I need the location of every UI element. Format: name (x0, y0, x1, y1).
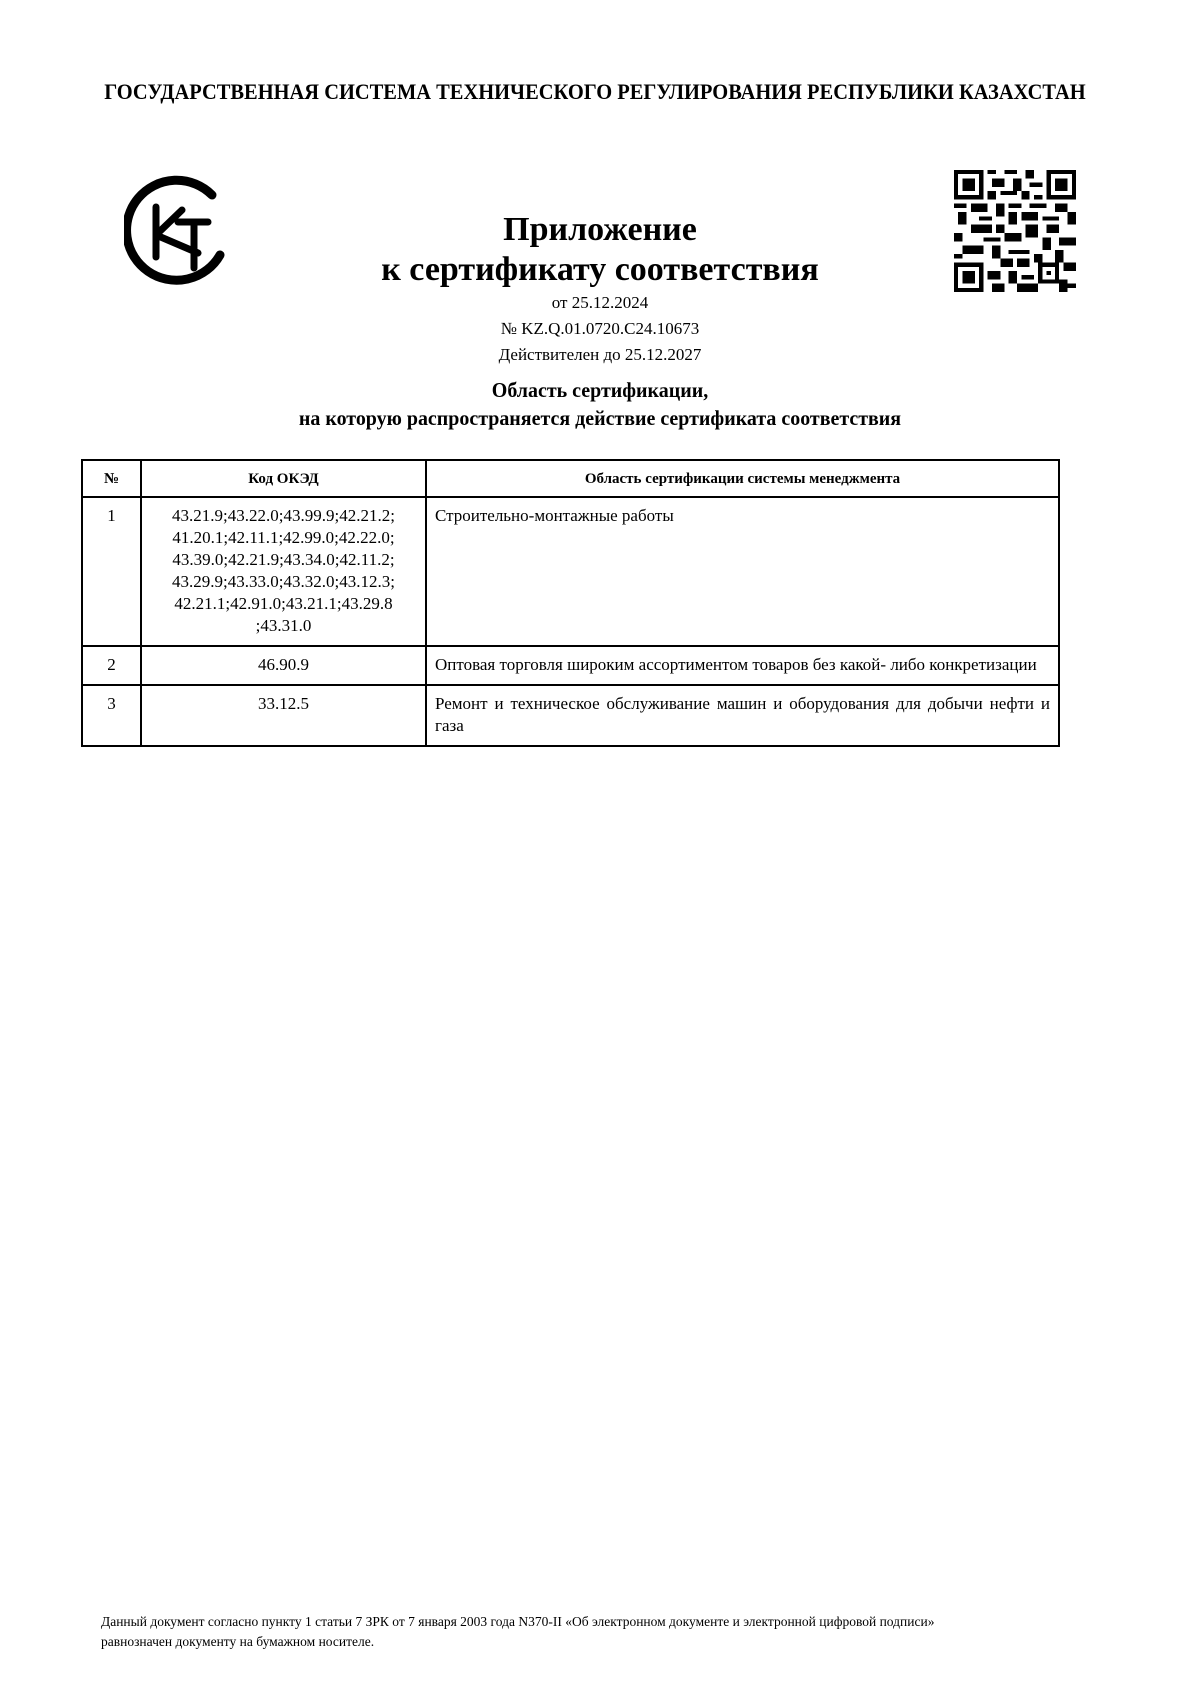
row-codes: 46.90.9 (141, 646, 426, 685)
issue-date: от 25.12.2024 (300, 290, 900, 316)
title-block: Приложение к сертификату соответствия от… (300, 210, 900, 368)
scope-heading-line1: Область сертификации, (173, 376, 1028, 404)
table-row: 2 46.90.9 Оптовая торговля широким ассор… (82, 646, 1059, 685)
row-number: 3 (82, 685, 141, 746)
table-row: 3 33.12.5 Ремонт и техническое обслужива… (82, 685, 1059, 746)
kt-conformity-mark-icon (124, 173, 236, 291)
footer-line1: Данный документ согласно пункту 1 статьи… (101, 1612, 1121, 1632)
document-title: Приложение (300, 210, 900, 250)
code-line: ;43.31.0 (150, 615, 417, 637)
row-area: Строительно-монтажные работы (426, 497, 1059, 646)
code-line: 43.29.9;43.33.0;43.32.0;43.12.3; (150, 571, 417, 593)
document-subtitle: к сертификату соответствия (300, 250, 900, 290)
certification-scope-table: № Код ОКЭД Область сертификации системы … (81, 459, 1060, 747)
valid-until: Действителен до 25.12.2027 (300, 342, 900, 368)
legal-footer: Данный документ согласно пункту 1 статьи… (101, 1612, 1121, 1652)
footer-line2: равнозначен документу на бумажном носите… (101, 1632, 1121, 1652)
organization-header: ГОСУДАРСТВЕННАЯ СИСТЕМА ТЕХНИЧЕСКОГО РЕГ… (97, 78, 1092, 106)
row-area: Оптовая торговля широким ассортиментом т… (426, 646, 1059, 685)
code-line: 42.21.1;42.91.0;43.21.1;43.29.8 (150, 593, 417, 615)
row-area: Ремонт и техническое обслуживание машин … (426, 685, 1059, 746)
code-line: 43.39.0;42.21.9;43.34.0;42.11.2; (150, 549, 417, 571)
code-line: 43.21.9;43.22.0;43.99.9;42.21.2; (150, 505, 417, 527)
header-scope-area: Область сертификации системы менеджмента (426, 460, 1059, 497)
code-line: 41.20.1;42.11.1;42.99.0;42.22.0; (150, 527, 417, 549)
header-number: № (82, 460, 141, 497)
row-number: 1 (82, 497, 141, 646)
qr-code-icon (953, 170, 1077, 292)
header-okved-code: Код ОКЭД (141, 460, 426, 497)
row-codes: 33.12.5 (141, 685, 426, 746)
scope-heading: Область сертификации, на которую распрос… (173, 376, 1028, 432)
table-row: 1 43.21.9;43.22.0;43.99.9;42.21.2; 41.20… (82, 497, 1059, 646)
table-header-row: № Код ОКЭД Область сертификации системы … (82, 460, 1059, 497)
row-number: 2 (82, 646, 141, 685)
certificate-number: № KZ.Q.01.0720.C24.10673 (300, 316, 900, 342)
scope-heading-line2: на которую распространяется действие сер… (173, 404, 1028, 432)
row-codes: 43.21.9;43.22.0;43.99.9;42.21.2; 41.20.1… (141, 497, 426, 646)
